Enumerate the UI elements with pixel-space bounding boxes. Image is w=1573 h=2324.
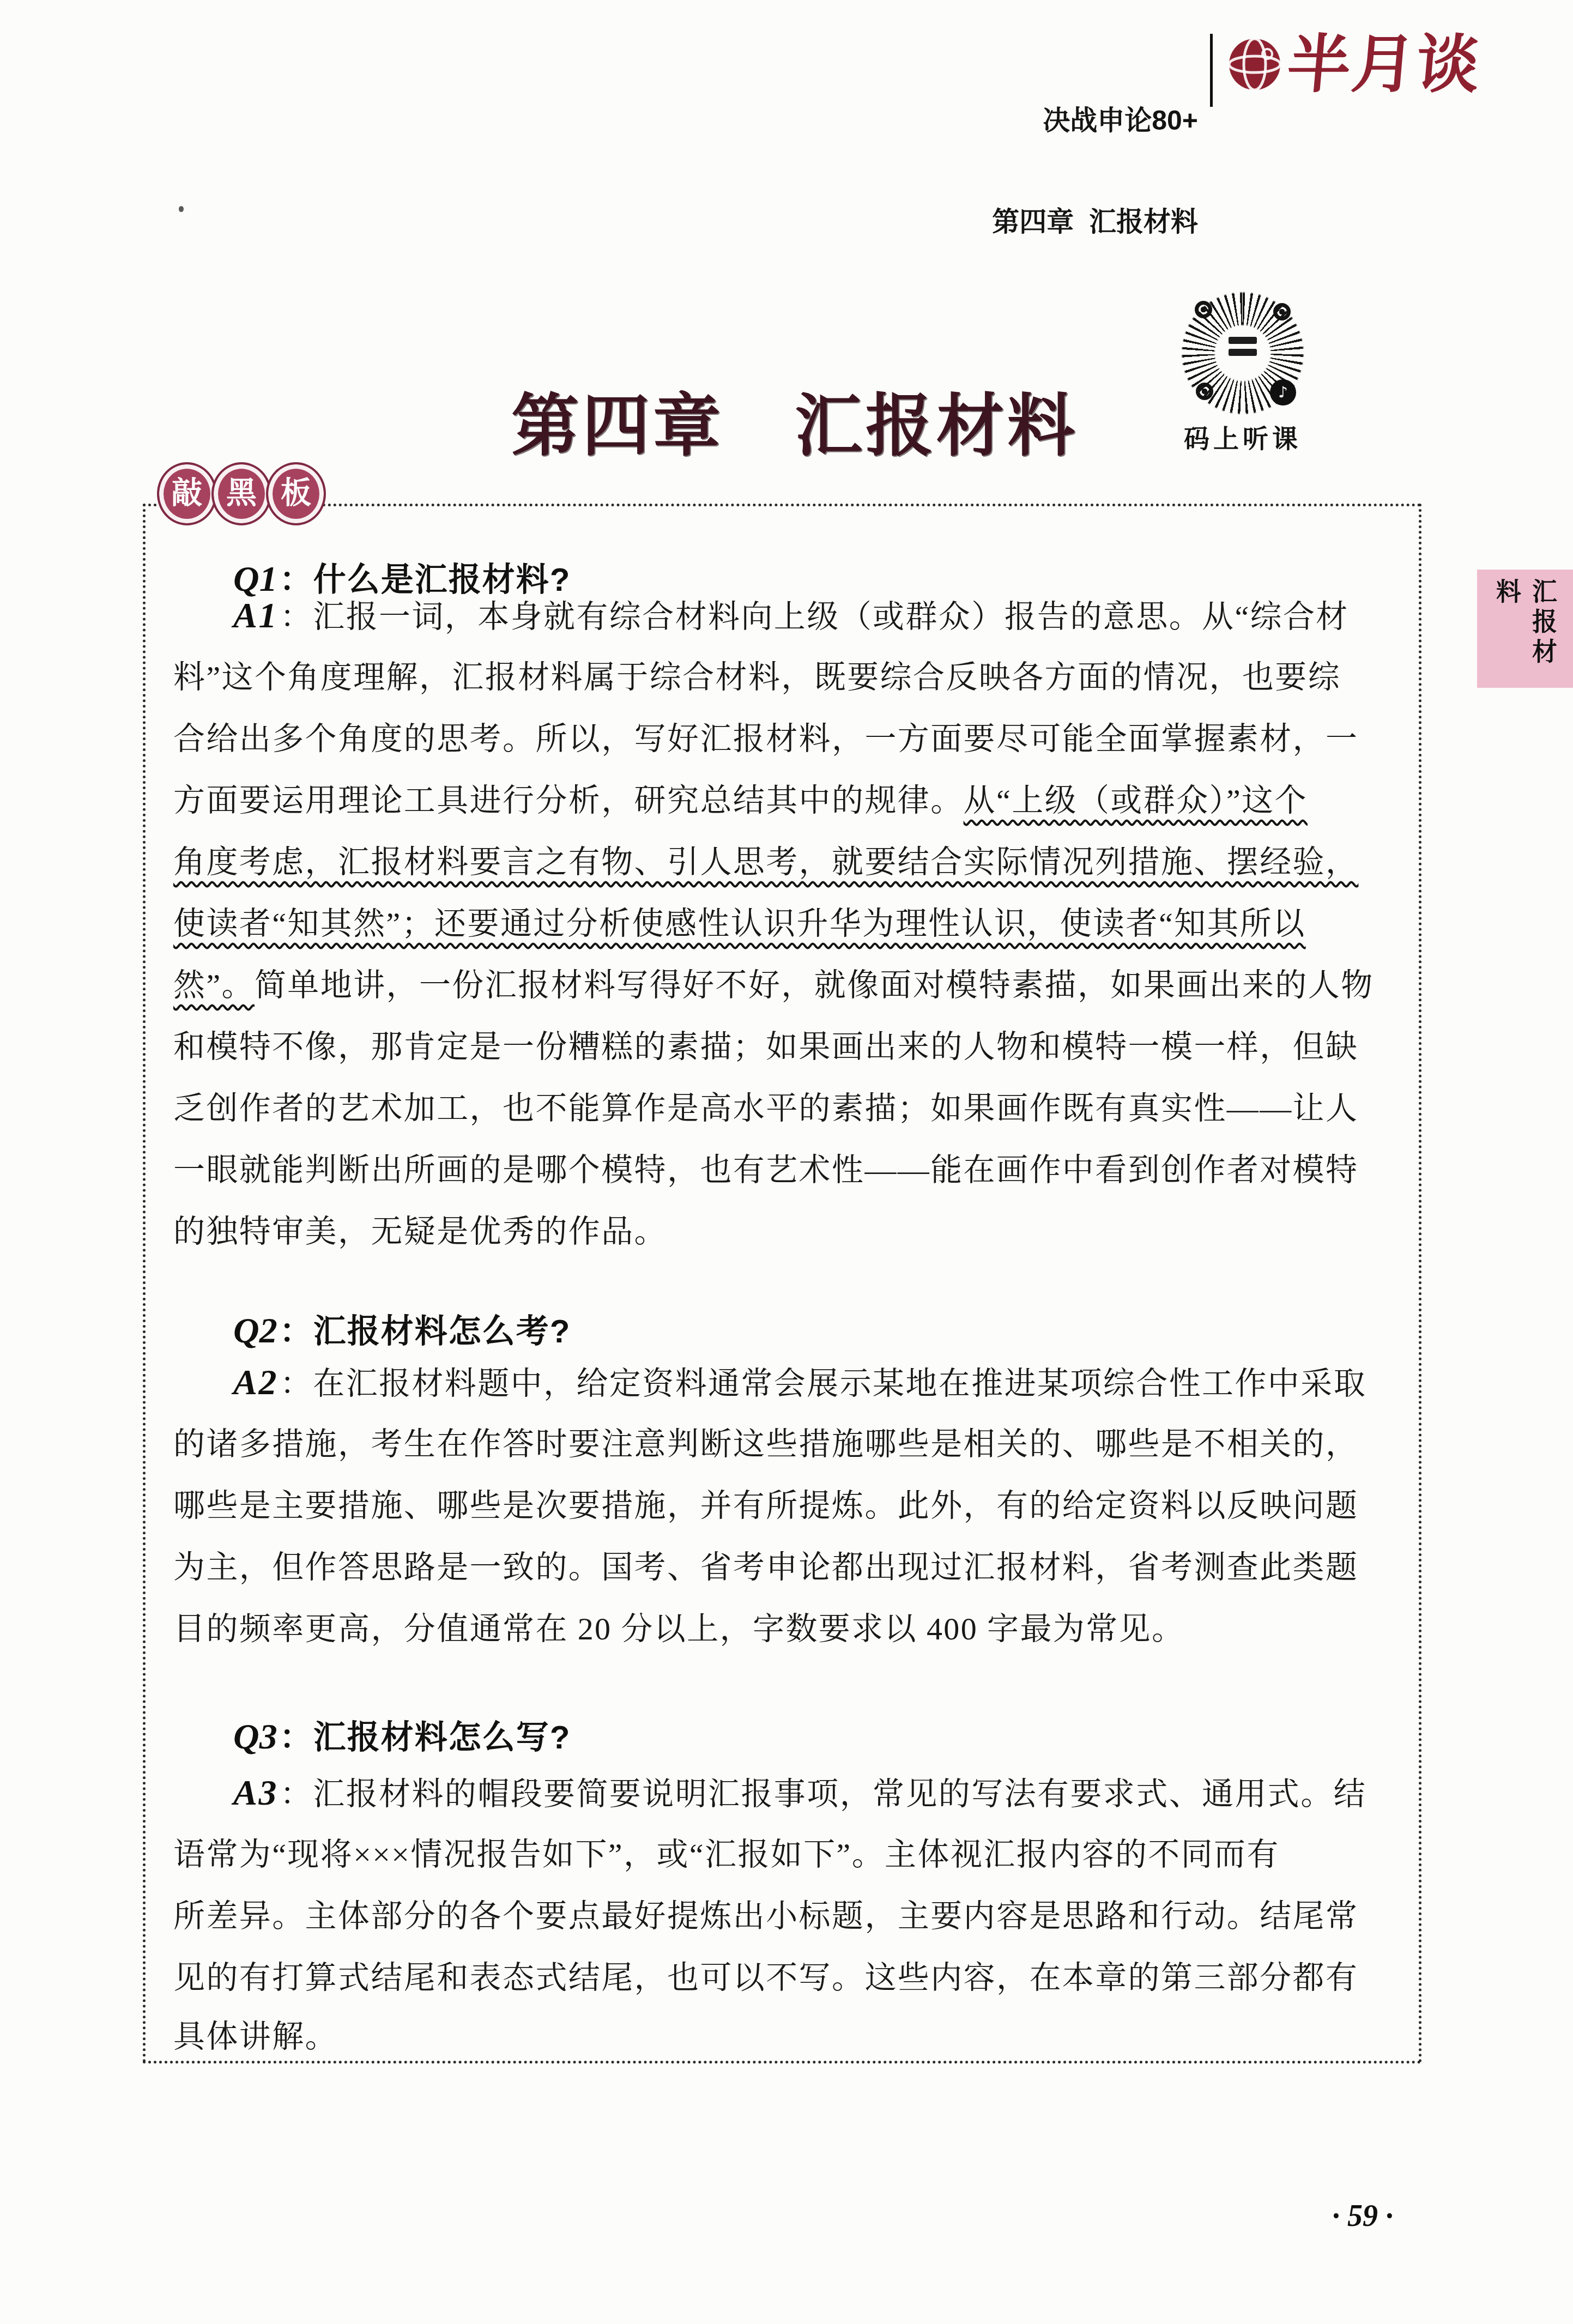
a3-line-text: ：汇报材料的帽段要简要说明汇报事项，常见的写法有要求式、通用式。结 [280, 1776, 1366, 1812]
a3-line: 具体讲解。 [173, 2019, 338, 2054]
qr-eye-icon [1195, 301, 1212, 318]
a1-line: 然”。简单地讲，一份汇报材料写得好不好，就像面对模特素描，如果画出来的人物 [173, 968, 1374, 1003]
q1-heading: Q1：什么是汇报材料? [233, 554, 571, 601]
q3-text: ：汇报材料怎么写? [280, 1719, 571, 1756]
header-running-titles: 决战申论80+ 第四章 汇报材料 [992, 36, 1198, 273]
a1-line: A1：汇报一词，本身就有综合材料向上级（或群众）报告的意思。从“综合材 [233, 598, 1349, 634]
a1-line: 和模特不像，那肯定是一份糟糕的素描；如果画出来的人物和模特一模一样，但缺 [173, 1030, 1358, 1064]
a3-line: A3：汇报材料的帽段要简要说明汇报事项，常见的写法有要求式、通用式。结 [233, 1776, 1366, 1812]
badge-char: 黑 [211, 462, 271, 525]
a2-line: 哪些是主要措施、哪些是次要措施，并有所提炼。此外，有的给定资料以反映问题 [173, 1488, 1358, 1523]
qr-caption: 码上听课 [1176, 419, 1309, 455]
q2-label: Q2 [233, 1311, 280, 1351]
a2-label: A2 [233, 1363, 280, 1402]
blackboard-badge: 敲 黑 板 [157, 462, 326, 525]
a2-line: A2：在汇报材料题中，给定资料通常会展示某地在推进某项综合性工作中采取 [233, 1365, 1366, 1401]
badge-char: 板 [266, 462, 326, 525]
a1-line-text-emphasized: 从“上级（或群众）”这个 [964, 783, 1308, 818]
qr-eye-icon [1273, 303, 1291, 320]
q3-label: Q3 [233, 1717, 280, 1757]
a2-line: 目的频率更高，分值通常在 20 分以上，字数要求以 400 字最为常见。 [173, 1612, 1184, 1647]
a1-line-text: ：汇报一词，本身就有综合材料向上级（或群众）报告的意思。从“综合材 [280, 599, 1349, 634]
a1-line: 一眼就能判断出所画的是哪个模特，也有艺术性——能在画作中看到创作者对模特 [173, 1153, 1358, 1188]
globe-icon [1226, 36, 1283, 95]
a1-line-text: 方面要运用理论工具进行分析，研究总结其中的规律。 [173, 783, 964, 818]
a1-line: 乏创作者的艺术加工，也不能算作是高水平的素描；如果画作既有真实性——让人 [173, 1091, 1358, 1126]
a1-line: 方面要运用理论工具进行分析，研究总结其中的规律。从“上级（或群众）”这个 [173, 783, 1308, 818]
q1-text: ：什么是汇报材料? [280, 561, 571, 598]
page-title: 第四章 汇报材料 [511, 372, 1078, 469]
q2-text: ：汇报材料怎么考? [280, 1313, 571, 1349]
qr-eye-icon [1196, 383, 1213, 400]
qr-center-bar [1229, 349, 1257, 356]
q2-heading: Q2：汇报材料怎么考? [233, 1305, 571, 1352]
a2-line: 的诸多措施，考生在作答时要注意判断这些措施哪些是相关的、哪些是不相关的， [173, 1427, 1358, 1462]
a1-line-emphasized: 角度考虑，汇报材料要言之有物、引人思考，就要结合实际情况列措施、摆经验， [173, 845, 1358, 880]
a1-label: A1 [233, 596, 280, 636]
page-number: · 59 · [1297, 2199, 1428, 2234]
brand-name: 半月谈 [1285, 34, 1483, 97]
a3-line: 所差异。主体部分的各个要点最好提炼出小标题，主要内容是思路和行动。结尾常 [173, 1899, 1358, 1934]
a1-line-text-emphasized: 然”。 [173, 967, 255, 1003]
a1-line: 料”这个角度理解，汇报材料属于综合材料，既要综合反映各方面的情况，也要综 [173, 660, 1341, 695]
a1-line-text: 简单地讲，一份汇报材料写得好不好，就像面对模特素描，如果画出来的人物 [255, 967, 1374, 1003]
badge-char: 敲 [157, 462, 217, 525]
a1-line-emphasized: 使读者“知其然”；还要通过分析使感性认识升华为理性认识，使读者“知其所以 [173, 906, 1306, 941]
side-tab-label: 汇报材料 [1489, 578, 1561, 688]
book-title: 决战申论80+ [992, 104, 1198, 137]
a3-line: 语常为“现将×××情况报告如下”，或“汇报如下”。主体视汇报内容的不同而有 [173, 1837, 1280, 1872]
q3-heading: Q3：汇报材料怎么写? [233, 1711, 571, 1758]
a3-line: 见的有打算式结尾和表态式结尾，也可以不写。这些内容，在本章的第三部分都有 [173, 1960, 1358, 1995]
a2-line: 为主，但作答思路是一致的。国考、省考申论都出现过汇报材料，省考测查此类题 [173, 1550, 1358, 1585]
a1-line: 合给出多个角度的思考。所以，写好汇报材料，一方面要尽可能全面掌握素材，一 [173, 722, 1358, 756]
header-divider [1210, 34, 1213, 107]
qr-center-bar [1229, 337, 1257, 344]
chapter-ref: 第四章 汇报材料 [992, 205, 1198, 239]
publisher-logo: 半月谈 [1226, 34, 1480, 97]
chapter-side-tab: 汇报材料 [1477, 570, 1573, 688]
ink-speck [179, 206, 184, 212]
a1-line: 的独特审美，无疑是优秀的作品。 [173, 1214, 667, 1249]
a2-line-text: ：在汇报材料题中，给定资料通常会展示某地在推进某项综合性工作中采取 [280, 1366, 1366, 1401]
qr-center-mark [1229, 337, 1257, 356]
brand-app-icon: ♪ [1270, 379, 1296, 406]
q1-label: Q1 [233, 559, 280, 599]
a3-label: A3 [233, 1773, 280, 1813]
